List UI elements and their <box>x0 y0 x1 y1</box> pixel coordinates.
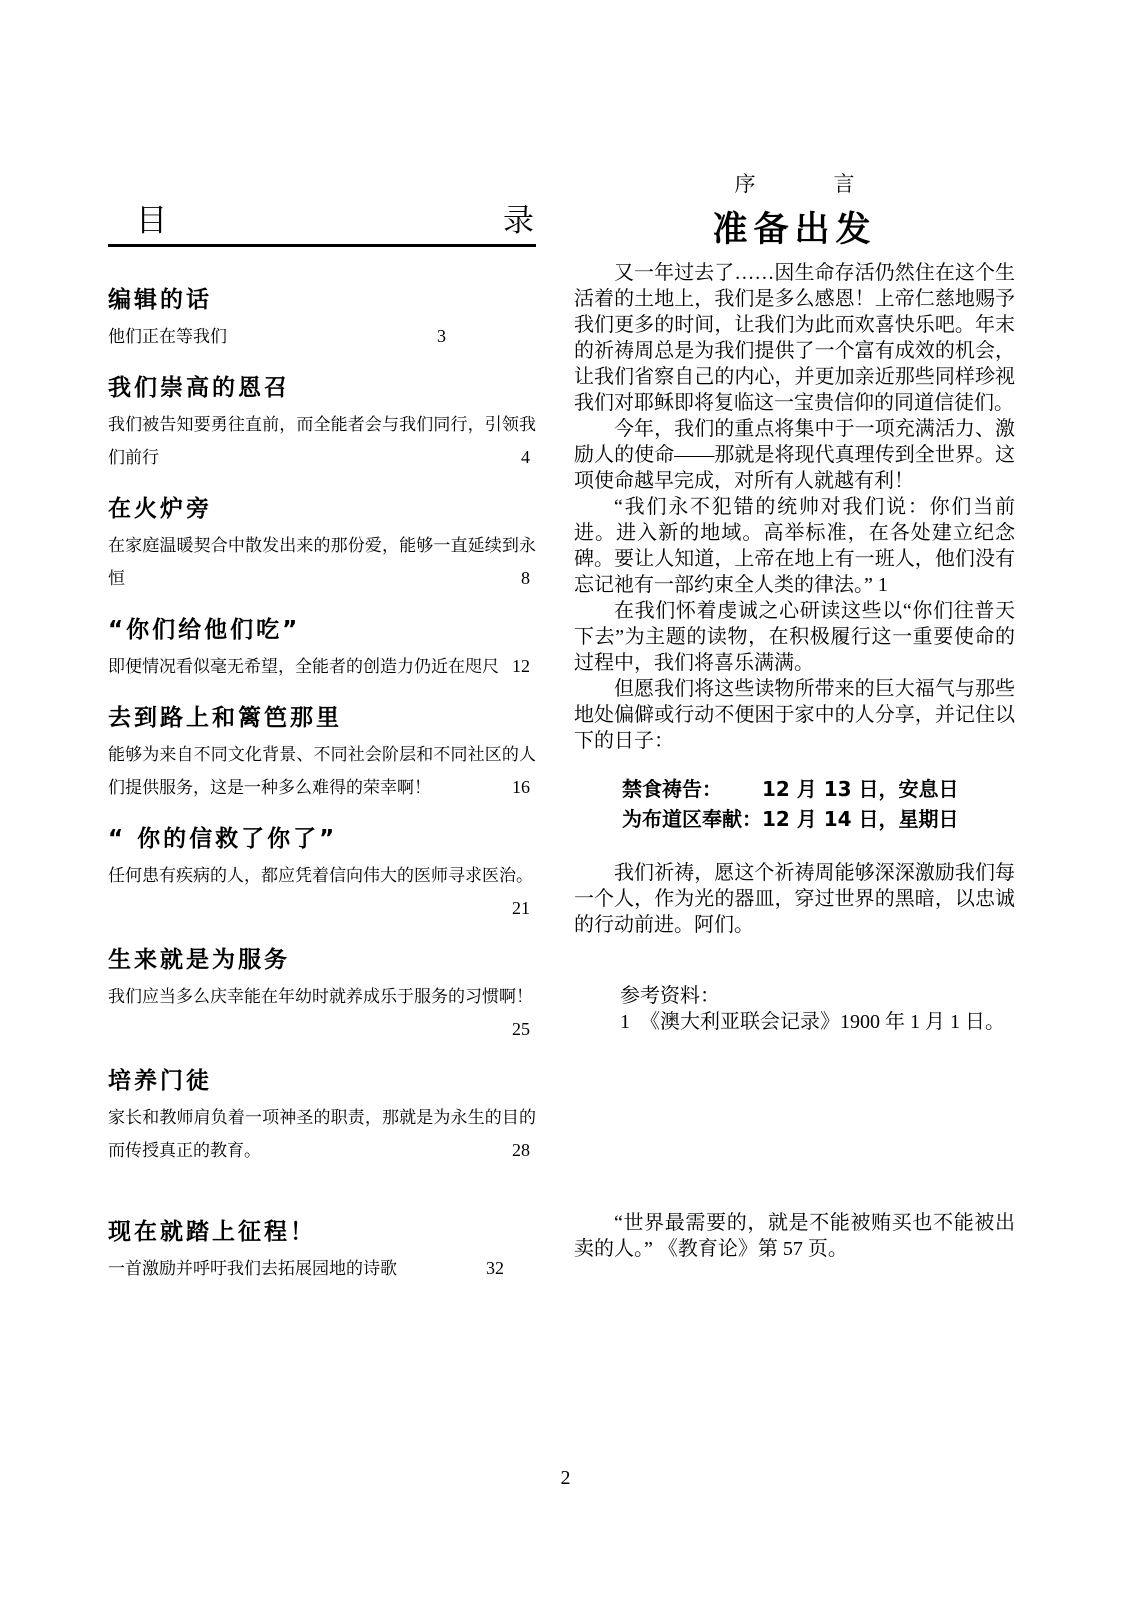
toc-entry-desc-text: 家长和教师肩负着一项神圣的职责，那就是为永生的目的而传授真正的教育。 <box>108 1108 536 1160</box>
schedule-line-fasting: 禁食祷告：12 月 13 日，安息日 <box>622 774 1015 804</box>
toc-entry-desc: 他们正在等我们3 <box>108 320 536 353</box>
toc-title-right: 录 <box>503 203 534 239</box>
toc-entry-desc-text: 他们正在等我们 <box>108 327 227 346</box>
document-page: 目 录 编辑的话 他们正在等我们3 我们崇高的恩召 我们被告知要勇往直前，而全能… <box>0 0 1131 1600</box>
toc-entry-desc-text: 即便情况看似毫无希望，全能者的创造力仍近在咫尺 <box>108 657 499 676</box>
toc-entry-title: 去到路上和篱笆那里 <box>108 703 536 733</box>
toc-entry-desc: 即便情况看似毫无希望，全能者的创造力仍近在咫尺12 <box>108 650 536 683</box>
toc-entry-page-number: 4 <box>521 441 530 474</box>
toc-entry-title: 我们崇高的恩召 <box>108 373 536 403</box>
preface-paragraph: 又一年过去了……因生命存活仍然住在这个生活着的土地上，我们是多么感恩！上帝仁慈地… <box>574 260 1015 416</box>
preface-kicker: 序 言 <box>574 172 1015 196</box>
toc-entry-desc: 在家庭温暖契合中散发出来的那份爱，能够一直延续到永恒8 <box>108 529 536 595</box>
toc-column: 目 录 编辑的话 他们正在等我们3 我们崇高的恩召 我们被告知要勇往直前，而全能… <box>108 0 536 1285</box>
preface-paragraph: 但愿我们将这些读物所带来的巨大福气与那些地处偏僻或行动不便困于家中的人分享，并记… <box>574 676 1015 754</box>
toc-entry-desc-text: 我们被告知要勇往直前，而全能者会与我们同行，引领我们前行 <box>108 415 536 467</box>
toc-entry-desc-text: 我们应当多么庆幸能在年幼时就养成乐于服务的习惯啊！ <box>108 987 533 1006</box>
toc-entry-page-number: 12 <box>512 650 530 683</box>
toc-entry-desc: 任何患有疾病的人，都应凭着信向伟大的医师寻求医治。21 <box>108 859 536 925</box>
toc-entry-desc: 家长和教师肩负着一项神圣的职责，那就是为永生的目的而传授真正的教育。28 <box>108 1101 536 1167</box>
toc-entry-desc-text: 在家庭温暖契合中散发出来的那份爱，能够一直延续到永恒 <box>108 536 536 588</box>
toc-entry-desc: 我们被告知要勇往直前，而全能者会与我们同行，引领我们前行4 <box>108 408 536 474</box>
toc-entry-title: 培养门徒 <box>108 1066 536 1096</box>
toc-entry-page-number: 28 <box>512 1134 530 1167</box>
toc-entry: 培养门徒 家长和教师肩负着一项神圣的职责，那就是为永生的目的而传授真正的教育。2… <box>108 1066 536 1167</box>
toc-entry-page-number: 32 <box>486 1252 504 1285</box>
toc-title-left: 目 <box>136 203 167 239</box>
toc-entry-page-number: 3 <box>437 320 446 353</box>
preface-paragraph: 今年，我们的重点将集中于一项充满活力、激励人的使命——那就是将现代真理传到全世界… <box>574 416 1015 494</box>
toc-entry: 在火炉旁 在家庭温暖契合中散发出来的那份爱，能够一直延续到永恒8 <box>108 494 536 595</box>
reference-item: 1 《澳大利亚联会记录》1900 年 1 月 1 日。 <box>620 1009 1015 1035</box>
toc-entry-desc-text: 一首激励并呼吁我们去拓展园地的诗歌 <box>108 1259 397 1278</box>
toc-entry: 去到路上和篱笆那里 能够为来自不同文化背景、不同社会阶层和不同社区的人们提供服务… <box>108 703 536 804</box>
closing-quote: “世界最需要的，就是不能被贿买也不能被出卖的人。” 《教育论》第 57 页。 <box>574 1210 1015 1262</box>
toc-entry-desc-text: 任何患有疾病的人，都应凭着信向伟大的医师寻求医治。 <box>108 866 533 885</box>
toc-entry-page-number: 21 <box>512 892 530 925</box>
toc-entry-desc: 一首激励并呼吁我们去拓展园地的诗歌32 <box>108 1252 536 1285</box>
preface-title: 准备出发 <box>574 208 1015 252</box>
toc-entry-title: 现在就踏上征程！ <box>108 1217 536 1247</box>
references-heading: 参考资料： <box>620 983 1015 1009</box>
toc-entry-page-number: 25 <box>512 1013 530 1046</box>
toc-entry-title: “ 你的信救了你了” <box>108 824 536 854</box>
toc-entry: “你们给他们吃” 即便情况看似毫无希望，全能者的创造力仍近在咫尺12 <box>108 615 536 683</box>
toc-entry-title: 在火炉旁 <box>108 494 536 524</box>
toc-entry-page-number: 8 <box>521 562 530 595</box>
toc-entry-title: “你们给他们吃” <box>108 615 536 645</box>
preface-column: 序 言 准备出发 又一年过去了……因生命存活仍然住在这个生活着的土地上，我们是多… <box>574 0 1015 1262</box>
schedule-value: 12 月 14 日，星期日 <box>762 807 959 831</box>
prayer-paragraph: 我们祈祷，愿这个祈祷周能够深深激励我们每一个人，作为光的器皿，穿过世界的黑暗，以… <box>574 860 1015 938</box>
toc-entry-desc-text: 能够为来自不同文化背景、不同社会阶层和不同社区的人们提供服务，这是一种多么难得的… <box>108 745 536 797</box>
page-number: 2 <box>0 1466 1131 1490</box>
schedule-line-offering: 为布道区奉献：12 月 14 日，星期日 <box>622 804 1015 834</box>
toc-entry: “ 你的信救了你了” 任何患有疾病的人，都应凭着信向伟大的医师寻求医治。21 <box>108 824 536 925</box>
toc-entry: 编辑的话 他们正在等我们3 <box>108 285 536 353</box>
toc-entry-page-number: 16 <box>512 771 530 804</box>
preface-kicker-right: 言 <box>834 172 855 196</box>
toc-entry-title: 编辑的话 <box>108 285 536 315</box>
toc-header: 目 录 <box>108 203 536 247</box>
preface-paragraph: “我们永不犯错的统帅对我们说：你们当前进。进入新的地域。高举标准，在各处建立纪念… <box>574 494 1015 598</box>
references-block: 参考资料： 1 《澳大利亚联会记录》1900 年 1 月 1 日。 <box>574 983 1015 1035</box>
toc-entry-desc: 能够为来自不同文化背景、不同社会阶层和不同社区的人们提供服务，这是一种多么难得的… <box>108 738 536 804</box>
preface-kicker-left: 序 <box>735 172 756 196</box>
toc-entry-desc: 我们应当多么庆幸能在年幼时就养成乐于服务的习惯啊！25 <box>108 980 536 1046</box>
schedule-block: 禁食祷告：12 月 13 日，安息日 为布道区奉献：12 月 14 日，星期日 <box>574 774 1015 834</box>
toc-entry-title: 生来就是为服务 <box>108 945 536 975</box>
schedule-label: 禁食祷告： <box>622 774 762 804</box>
toc-entry: 现在就踏上征程！ 一首激励并呼吁我们去拓展园地的诗歌32 <box>108 1217 536 1285</box>
schedule-value: 12 月 13 日，安息日 <box>762 777 959 801</box>
schedule-label: 为布道区奉献： <box>622 804 762 834</box>
toc-entry: 我们崇高的恩召 我们被告知要勇往直前，而全能者会与我们同行，引领我们前行4 <box>108 373 536 474</box>
preface-paragraph: 在我们怀着虔诚之心研读这些以“你们往普天下去”为主题的读物，在积极履行这一重要使… <box>574 598 1015 676</box>
toc-entry: 生来就是为服务 我们应当多么庆幸能在年幼时就养成乐于服务的习惯啊！25 <box>108 945 536 1046</box>
